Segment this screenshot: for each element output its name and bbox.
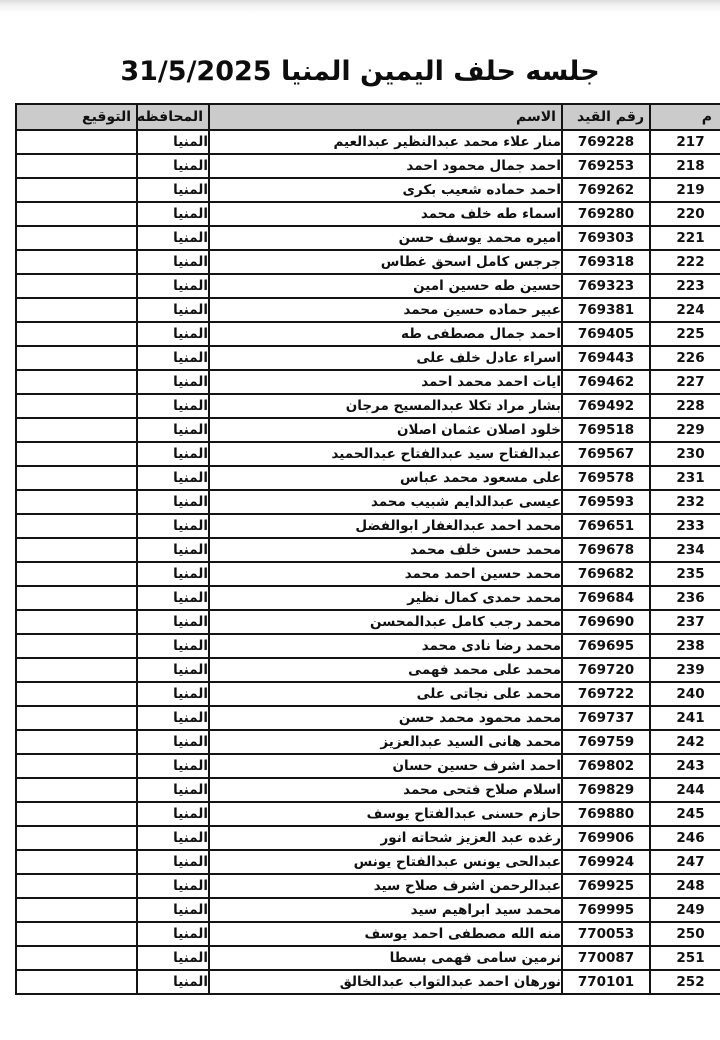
name-cell: منار علاء محمد عبدالنظير عبدالعيم	[209, 130, 562, 154]
name-cell: محمد على نجاتى على	[209, 682, 562, 706]
name-cell: محمد حسين احمد محمد	[209, 562, 562, 586]
name-cell: محمد هانى السيد عبدالعزيز	[209, 730, 562, 754]
header-serial: م	[650, 104, 720, 130]
name-cell: عبدالحى يونس عبدالفتاح يونس	[209, 850, 562, 874]
table-row: 242 769759 محمد هانى السيد عبدالعزيز الم…	[16, 730, 720, 754]
registration-cell: 769759	[562, 730, 650, 754]
name-cell: جرجس كامل اسحق غطاس	[209, 250, 562, 274]
serial-cell: 236	[650, 586, 720, 610]
table-row: 252 770101 نورهان احمد عبدالتواب عبدالخا…	[16, 970, 720, 994]
governorate-cell: المنيا	[137, 970, 209, 994]
signature-cell	[16, 610, 137, 634]
signature-cell	[16, 274, 137, 298]
registration-cell: 769651	[562, 514, 650, 538]
table-row: 245 769880 حازم حسنى عبدالفتاح يوسف المن…	[16, 802, 720, 826]
registration-cell: 769690	[562, 610, 650, 634]
signature-cell	[16, 826, 137, 850]
name-cell: عبدالفتاح سيد عبدالفتاح عبدالحميد	[209, 442, 562, 466]
signature-cell	[16, 418, 137, 442]
registration-cell: 769829	[562, 778, 650, 802]
table-row: 222 769318 جرجس كامل اسحق غطاس المنيا	[16, 250, 720, 274]
serial-cell: 249	[650, 898, 720, 922]
table-row: 218 769253 احمد جمال محمود احمد المنيا	[16, 154, 720, 178]
serial-cell: 233	[650, 514, 720, 538]
header-row: م رقم القيد الاسم المحافظه التوقيع	[16, 104, 720, 130]
governorate-cell: المنيا	[137, 826, 209, 850]
name-cell: ايات احمد محمد احمد	[209, 370, 562, 394]
serial-cell: 252	[650, 970, 720, 994]
serial-cell: 248	[650, 874, 720, 898]
serial-cell: 237	[650, 610, 720, 634]
governorate-cell: المنيا	[137, 898, 209, 922]
registration-cell: 769280	[562, 202, 650, 226]
table-row: 236 769684 محمد حمدى كمال نظير المنيا	[16, 586, 720, 610]
signature-cell	[16, 250, 137, 274]
signature-cell	[16, 442, 137, 466]
registration-cell: 769303	[562, 226, 650, 250]
governorate-cell: المنيا	[137, 538, 209, 562]
registration-cell: 769720	[562, 658, 650, 682]
signature-cell	[16, 922, 137, 946]
governorate-cell: المنيا	[137, 442, 209, 466]
registration-cell: 769228	[562, 130, 650, 154]
serial-cell: 242	[650, 730, 720, 754]
serial-cell: 234	[650, 538, 720, 562]
name-cell: محمد رضا نادى محمد	[209, 634, 562, 658]
name-cell: اسماء طه خلف محمد	[209, 202, 562, 226]
table-row: 240 769722 محمد على نجاتى على المنيا	[16, 682, 720, 706]
governorate-cell: المنيا	[137, 658, 209, 682]
roster-table-container: م رقم القيد الاسم المحافظه التوقيع 217 7…	[0, 103, 720, 1013]
signature-cell	[16, 754, 137, 778]
name-cell: محمد سيد ابراهيم سيد	[209, 898, 562, 922]
governorate-cell: المنيا	[137, 178, 209, 202]
governorate-cell: المنيا	[137, 514, 209, 538]
registration-cell: 769737	[562, 706, 650, 730]
name-cell: منه الله مصطفى احمد يوسف	[209, 922, 562, 946]
registration-cell: 769323	[562, 274, 650, 298]
governorate-cell: المنيا	[137, 682, 209, 706]
table-row: 234 769678 محمد حسن خلف محمد المنيا	[16, 538, 720, 562]
signature-cell	[16, 394, 137, 418]
table-row: 235 769682 محمد حسين احمد محمد المنيا	[16, 562, 720, 586]
serial-cell: 245	[650, 802, 720, 826]
governorate-cell: المنيا	[137, 466, 209, 490]
signature-cell	[16, 658, 137, 682]
name-cell: محمد محمود محمد حسن	[209, 706, 562, 730]
table-row: 247 769924 عبدالحى يونس عبدالفتاح يونس ا…	[16, 850, 720, 874]
governorate-cell: المنيا	[137, 322, 209, 346]
registration-cell: 769253	[562, 154, 650, 178]
registration-cell: 769682	[562, 562, 650, 586]
name-cell: محمد حسن خلف محمد	[209, 538, 562, 562]
signature-cell	[16, 706, 137, 730]
name-cell: محمد احمد عبدالغفار ابوالفضل	[209, 514, 562, 538]
governorate-cell: المنيا	[137, 610, 209, 634]
governorate-cell: المنيا	[137, 754, 209, 778]
table-row: 228 769492 بشار مراد تكلا عبدالمسيح مرجا…	[16, 394, 720, 418]
table-row: 223 769323 حسين طه حسين امين المنيا	[16, 274, 720, 298]
name-cell: عيسى عبدالدايم شبيب محمد	[209, 490, 562, 514]
name-cell: رغده عبد العزيز شحاته انور	[209, 826, 562, 850]
serial-cell: 221	[650, 226, 720, 250]
name-cell: محمد حمدى كمال نظير	[209, 586, 562, 610]
table-row: 250 770053 منه الله مصطفى احمد يوسف المن…	[16, 922, 720, 946]
name-cell: نورهان احمد عبدالتواب عبدالخالق	[209, 970, 562, 994]
governorate-cell: المنيا	[137, 226, 209, 250]
registration-cell: 769684	[562, 586, 650, 610]
governorate-cell: المنيا	[137, 730, 209, 754]
name-cell: خلود اصلان عثمان اصلان	[209, 418, 562, 442]
serial-cell: 225	[650, 322, 720, 346]
serial-cell: 239	[650, 658, 720, 682]
registration-cell: 769925	[562, 874, 650, 898]
serial-cell: 238	[650, 634, 720, 658]
governorate-cell: المنيا	[137, 394, 209, 418]
governorate-cell: المنيا	[137, 802, 209, 826]
registration-cell: 769567	[562, 442, 650, 466]
governorate-cell: المنيا	[137, 298, 209, 322]
governorate-cell: المنيا	[137, 418, 209, 442]
name-cell: احمد جمال مصطفى طه	[209, 322, 562, 346]
registration-cell: 769405	[562, 322, 650, 346]
table-row: 219 769262 احمد حماده شعيب بكرى المنيا	[16, 178, 720, 202]
header-name: الاسم	[209, 104, 562, 130]
table-row: 233 769651 محمد احمد عبدالغفار ابوالفضل …	[16, 514, 720, 538]
governorate-cell: المنيا	[137, 250, 209, 274]
registration-cell: 770053	[562, 922, 650, 946]
table-row: 239 769720 محمد على محمد فهمى المنيا	[16, 658, 720, 682]
name-cell: محمد على محمد فهمى	[209, 658, 562, 682]
serial-cell: 243	[650, 754, 720, 778]
governorate-cell: المنيا	[137, 946, 209, 970]
header-governorate: المحافظه	[137, 104, 209, 130]
serial-cell: 223	[650, 274, 720, 298]
table-row: 231 769578 على مسعود محمد عباس المنيا	[16, 466, 720, 490]
signature-cell	[16, 226, 137, 250]
serial-cell: 228	[650, 394, 720, 418]
signature-cell	[16, 370, 137, 394]
serial-cell: 220	[650, 202, 720, 226]
signature-cell	[16, 490, 137, 514]
governorate-cell: المنيا	[137, 490, 209, 514]
table-row: 230 769567 عبدالفتاح سيد عبدالفتاح عبدال…	[16, 442, 720, 466]
registration-cell: 769443	[562, 346, 650, 370]
signature-cell	[16, 586, 137, 610]
serial-cell: 229	[650, 418, 720, 442]
name-cell: بشار مراد تكلا عبدالمسيح مرجان	[209, 394, 562, 418]
header-signature: التوقيع	[16, 104, 137, 130]
table-row: 248 769925 عبدالرحمن اشرف صلاح سيد المني…	[16, 874, 720, 898]
registration-cell: 769578	[562, 466, 650, 490]
serial-cell: 226	[650, 346, 720, 370]
name-cell: على مسعود محمد عباس	[209, 466, 562, 490]
serial-cell: 250	[650, 922, 720, 946]
signature-cell	[16, 850, 137, 874]
signature-cell	[16, 682, 137, 706]
governorate-cell: المنيا	[137, 130, 209, 154]
table-row: 251 770087 نرمين سامى فهمى بسطا المنيا	[16, 946, 720, 970]
name-cell: محمد رجب كامل عبدالمحسن	[209, 610, 562, 634]
registration-cell: 769880	[562, 802, 650, 826]
name-cell: احمد حماده شعيب بكرى	[209, 178, 562, 202]
name-cell: عبير حماده حسين محمد	[209, 298, 562, 322]
name-cell: احمد اشرف حسين حسان	[209, 754, 562, 778]
table-row: 243 769802 احمد اشرف حسين حسان المنيا	[16, 754, 720, 778]
governorate-cell: المنيا	[137, 154, 209, 178]
signature-cell	[16, 154, 137, 178]
registration-cell: 769492	[562, 394, 650, 418]
governorate-cell: المنيا	[137, 850, 209, 874]
name-cell: اسلام صلاح فتحى محمد	[209, 778, 562, 802]
registration-cell: 769906	[562, 826, 650, 850]
signature-cell	[16, 202, 137, 226]
registration-cell: 769924	[562, 850, 650, 874]
serial-cell: 244	[650, 778, 720, 802]
serial-cell: 247	[650, 850, 720, 874]
registration-cell: 769995	[562, 898, 650, 922]
table-row: 241 769737 محمد محمود محمد حسن المنيا	[16, 706, 720, 730]
header-registration: رقم القيد	[562, 104, 650, 130]
table-row: 226 769443 اسراء عادل خلف على المنيا	[16, 346, 720, 370]
governorate-cell: المنيا	[137, 346, 209, 370]
signature-cell	[16, 178, 137, 202]
table-row: 244 769829 اسلام صلاح فتحى محمد المنيا	[16, 778, 720, 802]
governorate-cell: المنيا	[137, 922, 209, 946]
table-row: 237 769690 محمد رجب كامل عبدالمحسن المني…	[16, 610, 720, 634]
registration-cell: 769722	[562, 682, 650, 706]
signature-cell	[16, 898, 137, 922]
governorate-cell: المنيا	[137, 706, 209, 730]
serial-cell: 227	[650, 370, 720, 394]
name-cell: نرمين سامى فهمى بسطا	[209, 946, 562, 970]
registration-cell: 770101	[562, 970, 650, 994]
serial-cell: 231	[650, 466, 720, 490]
serial-cell: 246	[650, 826, 720, 850]
name-cell: حسين طه حسين امين	[209, 274, 562, 298]
table-row: 224 769381 عبير حماده حسين محمد المنيا	[16, 298, 720, 322]
signature-cell	[16, 346, 137, 370]
table-row: 217 769228 منار علاء محمد عبدالنظير عبدا…	[16, 130, 720, 154]
registration-cell: 769381	[562, 298, 650, 322]
table-row: 229 769518 خلود اصلان عثمان اصلان المنيا	[16, 418, 720, 442]
signature-cell	[16, 298, 137, 322]
governorate-cell: المنيا	[137, 202, 209, 226]
roster-table: م رقم القيد الاسم المحافظه التوقيع 217 7…	[15, 103, 720, 995]
governorate-cell: المنيا	[137, 634, 209, 658]
table-row: 227 769462 ايات احمد محمد احمد المنيا	[16, 370, 720, 394]
serial-cell: 241	[650, 706, 720, 730]
table-row: 246 769906 رغده عبد العزيز شحاته انور ال…	[16, 826, 720, 850]
governorate-cell: المنيا	[137, 778, 209, 802]
signature-cell	[16, 514, 137, 538]
name-cell: اميره محمد يوسف حسن	[209, 226, 562, 250]
registration-cell: 770087	[562, 946, 650, 970]
registration-cell: 769318	[562, 250, 650, 274]
registration-cell: 769518	[562, 418, 650, 442]
name-cell: اسراء عادل خلف على	[209, 346, 562, 370]
serial-cell: 224	[650, 298, 720, 322]
signature-cell	[16, 634, 137, 658]
table-row: 232 769593 عيسى عبدالدايم شبيب محمد المن…	[16, 490, 720, 514]
signature-cell	[16, 466, 137, 490]
table-row: 249 769995 محمد سيد ابراهيم سيد المنيا	[16, 898, 720, 922]
table-row: 238 769695 محمد رضا نادى محمد المنيا	[16, 634, 720, 658]
governorate-cell: المنيا	[137, 586, 209, 610]
serial-cell: 235	[650, 562, 720, 586]
signature-cell	[16, 874, 137, 898]
serial-cell: 251	[650, 946, 720, 970]
signature-cell	[16, 322, 137, 346]
signature-cell	[16, 538, 137, 562]
scan-edge-shading	[0, 0, 720, 14]
registration-cell: 769695	[562, 634, 650, 658]
serial-cell: 240	[650, 682, 720, 706]
signature-cell	[16, 778, 137, 802]
registration-cell: 769802	[562, 754, 650, 778]
governorate-cell: المنيا	[137, 562, 209, 586]
name-cell: حازم حسنى عبدالفتاح يوسف	[209, 802, 562, 826]
signature-cell	[16, 970, 137, 994]
table-row: 220 769280 اسماء طه خلف محمد المنيا	[16, 202, 720, 226]
governorate-cell: المنيا	[137, 370, 209, 394]
serial-cell: 217	[650, 130, 720, 154]
registration-cell: 769678	[562, 538, 650, 562]
registration-cell: 769462	[562, 370, 650, 394]
registration-cell: 769593	[562, 490, 650, 514]
name-cell: احمد جمال محمود احمد	[209, 154, 562, 178]
name-cell: عبدالرحمن اشرف صلاح سيد	[209, 874, 562, 898]
governorate-cell: المنيا	[137, 274, 209, 298]
registration-cell: 769262	[562, 178, 650, 202]
serial-cell: 219	[650, 178, 720, 202]
serial-cell: 218	[650, 154, 720, 178]
serial-cell: 230	[650, 442, 720, 466]
page-title: جلسه حلف اليمين المنيا 31/5/2025	[0, 56, 720, 87]
signature-cell	[16, 802, 137, 826]
governorate-cell: المنيا	[137, 874, 209, 898]
signature-cell	[16, 730, 137, 754]
serial-cell: 222	[650, 250, 720, 274]
serial-cell: 232	[650, 490, 720, 514]
signature-cell	[16, 130, 137, 154]
table-row: 221 769303 اميره محمد يوسف حسن المنيا	[16, 226, 720, 250]
table-row: 225 769405 احمد جمال مصطفى طه المنيا	[16, 322, 720, 346]
signature-cell	[16, 562, 137, 586]
signature-cell	[16, 946, 137, 970]
